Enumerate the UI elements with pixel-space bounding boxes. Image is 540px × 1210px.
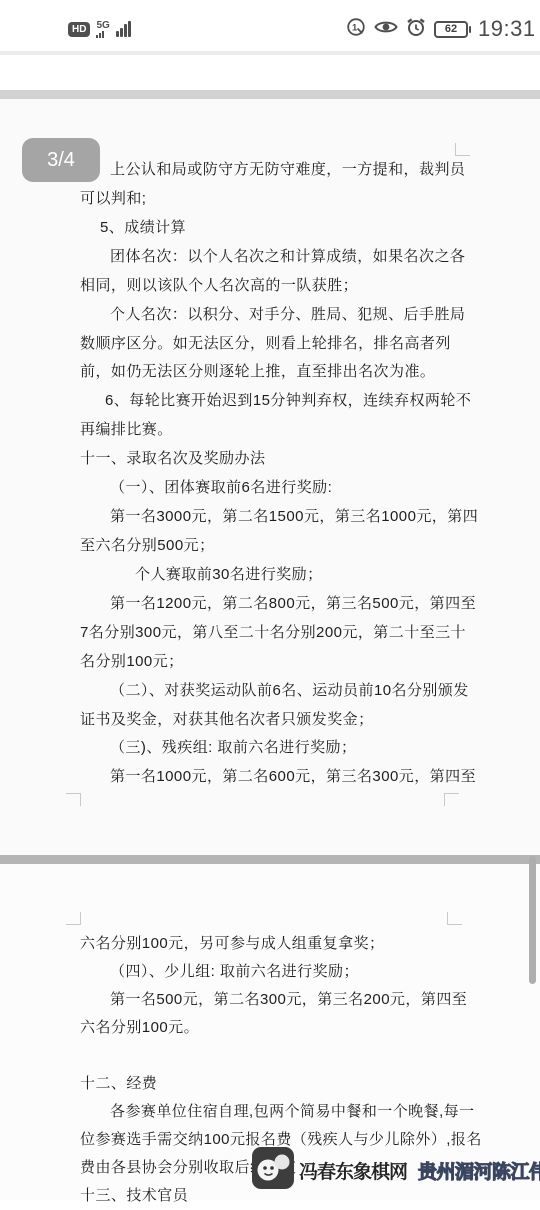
page4-top-right-mark	[447, 912, 462, 925]
watermark-site-name: 冯春东象棋网	[299, 1157, 407, 1184]
battery-percent: 62	[445, 23, 457, 35]
doc-line: 名分别100元；	[80, 648, 480, 677]
doc-line: 数顺序区分。如无法区分，则看上轮排名，排名高者列	[80, 330, 480, 359]
doc-line: 6、每轮比赛开始迟到15分钟判弃权，连续弃权两轮不	[80, 387, 480, 416]
doc-line	[80, 1042, 480, 1070]
chess-mascot-logo-icon	[252, 1147, 294, 1194]
toolbar-edge-band	[0, 90, 540, 99]
doc-line: 个人名次：以积分、对手分、胜局、犯规、后手胜局	[80, 301, 480, 330]
doc-line: 5、成绩计算	[80, 214, 480, 243]
doc-line: 各参赛单位住宿自理,包两个简易中餐和一个晚餐,每一	[80, 1098, 480, 1126]
doc-line: 第一名1000元，第二名600元，第三名300元，第四至	[80, 763, 480, 792]
page3-bottom-right-mark	[444, 793, 459, 806]
clock-time: 19:31	[478, 16, 536, 42]
data-saver-icon: 1	[346, 17, 366, 42]
doc-line: 团体名次：以个人名次之和计算成绩，如果名次之各	[80, 243, 480, 272]
doc-line: 可以判和;	[80, 185, 480, 214]
page3-top-right-mark	[455, 143, 470, 156]
doc-line: 相同，则以该队个人名次高的一队获胜；	[80, 272, 480, 301]
status-bar: HD 5G 1	[0, 0, 540, 58]
status-bar-divider	[0, 51, 540, 55]
doc-line: （二）、对获奖运动队前6名、运动员前10名分别颁发	[80, 677, 480, 706]
svg-text:1: 1	[352, 22, 358, 33]
page4-top-left-mark	[66, 912, 81, 925]
doc-line: 六名分别100元，另可参与成人组重复拿奖；	[80, 930, 480, 958]
doc-line: 第一名3000元，第二名1500元，第三名1000元，第四	[80, 503, 480, 532]
doc-line: 第一名500元，第二名300元，第三名200元，第四至	[80, 986, 480, 1014]
doc-line: 7名分别300元，第八至二十名分别200元，第二十至三十	[80, 619, 480, 648]
eye-comfort-icon	[374, 19, 398, 40]
status-bar-right: 1 62 19:31	[346, 0, 536, 58]
doc-line: 上公认和局或防守方无防守难度，一方提和，裁判员	[80, 156, 480, 185]
doc-line: 至六名分别500元；	[80, 532, 480, 561]
doc-line: 个人赛取前30名进行奖励；	[80, 561, 480, 590]
status-bar-left: HD 5G	[68, 0, 131, 58]
doc-line: （一）、团体赛取前6名进行奖励:	[80, 474, 480, 503]
doc-line: 六名分别100元。	[80, 1014, 480, 1042]
doc-line: 十二、经费	[80, 1070, 480, 1098]
sim1-bars-icon	[96, 31, 104, 38]
doc-line: （三)、残疾组: 取前六名进行奖励；	[80, 734, 480, 763]
doc-line: 前，如仍无法区分则逐轮上推，直至排出名次为准。	[80, 358, 480, 387]
sim2-signal-icon	[116, 21, 131, 37]
alarm-icon	[406, 17, 426, 42]
battery-icon: 62	[434, 21, 468, 38]
sim1-signal-icon: 5G	[96, 21, 109, 38]
network-type-label: 5G	[96, 21, 109, 31]
page-separator	[0, 855, 540, 864]
doc-line: 十一、录取名次及奖励办法	[80, 445, 480, 474]
vertical-scrollbar[interactable]	[529, 856, 536, 984]
page3-text-block: 上公认和局或防守方无防守难度，一方提和，裁判员可以判和;5、成绩计算团体名次：以…	[80, 156, 480, 792]
hd-icon: HD	[68, 22, 90, 37]
watermark: 冯春东象棋网 贵州湄河陈江伟	[252, 1147, 540, 1194]
doc-line: （四）、少儿组: 取前六名进行奖励；	[80, 958, 480, 986]
doc-line: 第一名1200元，第二名800元，第三名500元，第四至	[80, 590, 480, 619]
doc-line: 证书及奖金，对获其他名次者只颁发奖金；	[80, 706, 480, 735]
page3-bottom-left-mark	[66, 793, 81, 806]
doc-line: 再编排比赛。	[80, 416, 480, 445]
watermark-author-name: 贵州湄河陈江伟	[418, 1157, 540, 1184]
